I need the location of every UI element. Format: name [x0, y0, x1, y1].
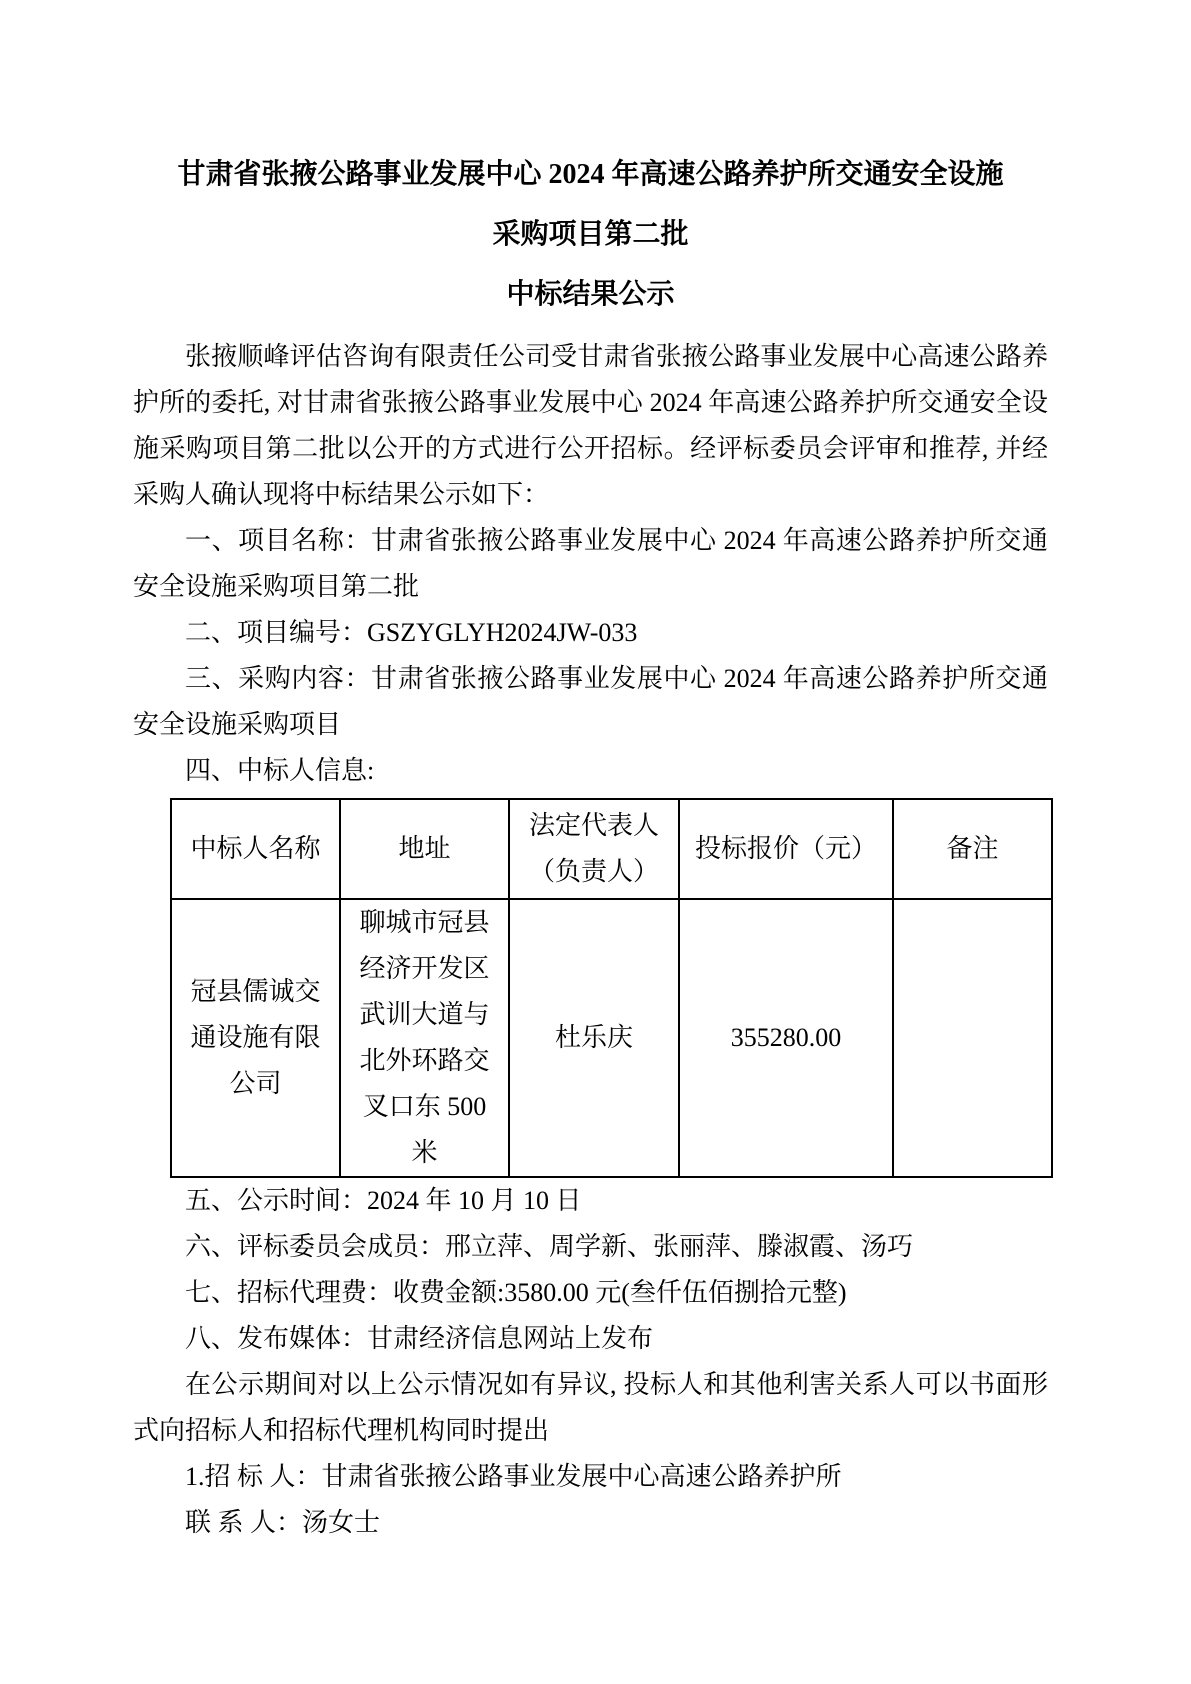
- th-winner-name: 中标人名称: [171, 799, 340, 899]
- winner-table: 中标人名称 地址 法定代表人（负责人） 投标报价（元） 备注 冠县儒诚交通设施有…: [170, 798, 1053, 1178]
- cell-remark: [893, 899, 1052, 1177]
- section-committee: 六、评标委员会成员：邢立萍、周学新、张丽萍、滕淑霞、汤巧: [133, 1224, 1048, 1270]
- section-bidder: 1.招 标 人：甘肃省张掖公路事业发展中心高速公路养护所: [133, 1454, 1048, 1500]
- section-media: 八、发布媒体：甘肃经济信息网站上发布: [133, 1316, 1048, 1362]
- cell-address: 聊城市冠县经济开发区武训大道与北外环路交叉口东 500 米: [340, 899, 509, 1177]
- document-page: 甘肃省张掖公路事业发展中心 2024 年高速公路养护所交通安全设施 采购项目第二…: [0, 0, 1191, 1684]
- intro-paragraph: 张掖顺峰评估咨询有限责任公司受甘肃省张掖公路事业发展中心高速公路养护所的委托, …: [133, 334, 1048, 518]
- objection-paragraph: 在公示期间对以上公示情况如有异议, 投标人和其他利害关系人可以书面形式向招标人和…: [133, 1362, 1048, 1454]
- doc-title-line-2: 采购项目第二批: [133, 205, 1048, 265]
- th-address: 地址: [340, 799, 509, 899]
- cell-legal-representative: 杜乐庆: [509, 899, 679, 1177]
- section-winner-info-label: 四、中标人信息:: [133, 748, 1048, 794]
- doc-title: 甘肃省张掖公路事业发展中心 2024 年高速公路养护所交通安全设施 采购项目第二…: [133, 145, 1048, 325]
- cell-winner-name: 冠县儒诚交通设施有限公司: [171, 899, 340, 1177]
- section-contact: 联 系 人：汤女士: [133, 1500, 1048, 1546]
- winner-table-row: 冠县儒诚交通设施有限公司 聊城市冠县经济开发区武训大道与北外环路交叉口东 500…: [171, 899, 1052, 1177]
- doc-title-line-1: 甘肃省张掖公路事业发展中心 2024 年高速公路养护所交通安全设施: [133, 145, 1048, 205]
- th-bid-price: 投标报价（元）: [679, 799, 893, 899]
- winner-table-header-row: 中标人名称 地址 法定代表人（负责人） 投标报价（元） 备注: [171, 799, 1052, 899]
- section-project-name: 一、项目名称：甘肃省张掖公路事业发展中心 2024 年高速公路养护所交通安全设施…: [133, 518, 1048, 610]
- th-legal-representative: 法定代表人（负责人）: [509, 799, 679, 899]
- cell-bid-price: 355280.00: [679, 899, 893, 1177]
- section-project-number: 二、项目编号：GSZYGLYH2024JW-033: [133, 610, 1048, 656]
- section-agency-fee: 七、招标代理费：收费金额:3580.00 元(叁仟伍佰捌拾元整): [133, 1270, 1048, 1316]
- doc-title-line-3: 中标结果公示: [133, 265, 1048, 325]
- th-remark: 备注: [893, 799, 1052, 899]
- section-publicity-time: 五、公示时间：2024 年 10 月 10 日: [133, 1178, 1048, 1224]
- section-procurement-content: 三、采购内容：甘肃省张掖公路事业发展中心 2024 年高速公路养护所交通安全设施…: [133, 656, 1048, 748]
